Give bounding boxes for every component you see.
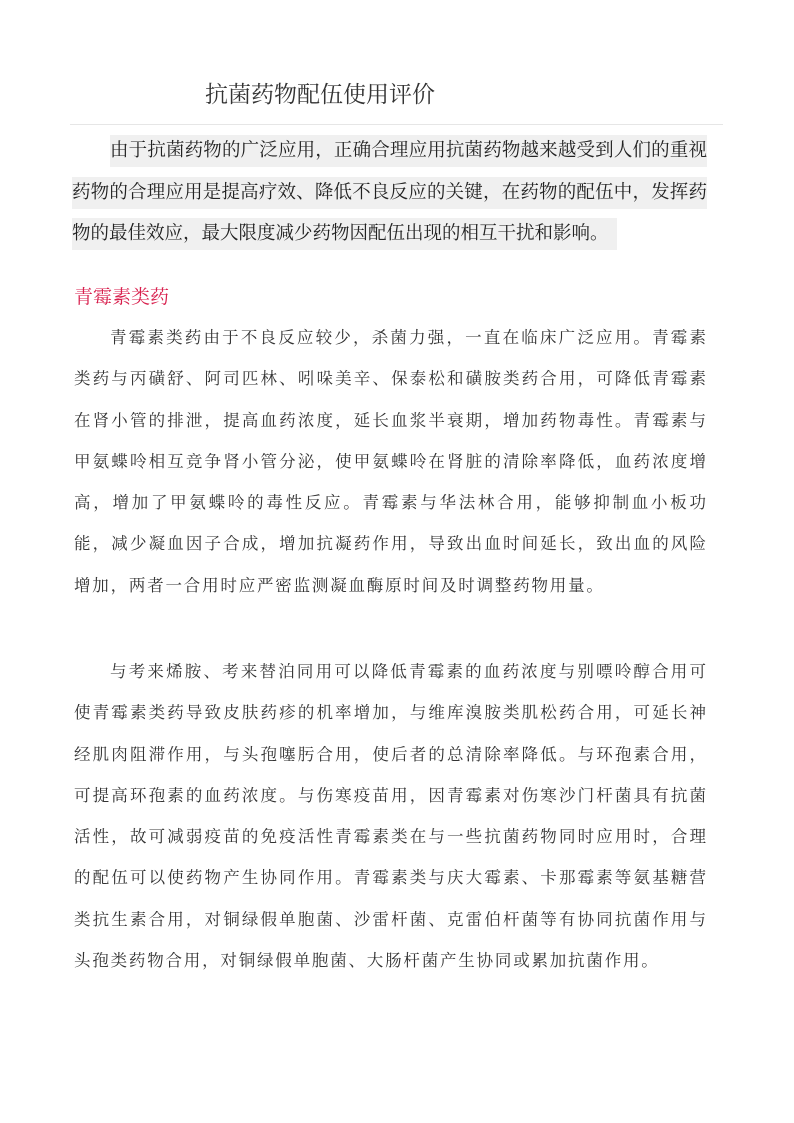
intro-line: 药物的合理应用是提高疗效、降低不良反应的关键，在药物的配伍中，发挥药 [72,177,707,209]
paragraph-line: 在肾小管的排泄，提高血药浓度，延长血浆半衰期，增加药物毒性。青霉素与 [74,400,706,441]
section-heading-penicillin: 青霉素类药 [74,286,169,308]
document-page: 抗菌药物配伍使用评价 由于抗菌药物的广泛应用，正确合理应用抗菌药物越来越受到人们… [0,0,794,1123]
paragraph-line: 增加，两者一合用时应严密监测凝血酶原时间及时调整药物用量。 [74,565,706,606]
paragraph-line: 与考来烯胺、考来替泊同用可以降低青霉素的血药浓度与别嘌呤醇合用可 [74,651,706,692]
paragraph-line: 类抗生素合用，对铜绿假单胞菌、沙雷杆菌、克雷伯杆菌等有协同抗菌作用与 [74,899,706,940]
paragraph-line: 使青霉素类药导致皮肤药疹的机率增加，与维库溴胺类肌松药合用，可延长神 [74,692,706,733]
paragraph-line: 甲氨蝶呤相互竞争肾小管分泌，使甲氨蝶呤在肾脏的清除率降低，血药浓度增 [74,441,706,482]
paragraph-line: 青霉素类药由于不良反应较少，杀菌力强，一直在临床广泛应用。青霉素 [74,317,706,358]
paragraph-line: 可提高环孢素的血药浓度。与伤寒疫苗用，因青霉素对伤寒沙门杆菌具有抗菌 [74,775,706,816]
paragraph-line: 能，减少凝血因子合成，增加抗凝药作用，导致出血时间延长，致出血的风险 [74,523,706,564]
paragraph-line: 经肌肉阻滞作用，与头孢噻肟合用，使后者的总清除率降低。与环孢素合用， [74,734,706,775]
paragraph-line: 类药与丙磺舒、阿司匹林、吲哚美辛、保泰松和磺胺类药合用，可降低青霉素 [74,358,706,399]
intro-line: 物的最佳效应，最大限度减少药物因配伍出现的相互干扰和影响。 [72,218,617,250]
title-divider [70,124,723,125]
paragraph-line: 头孢类药物合用，对铜绿假单胞菌、大肠杆菌产生协同或累加抗菌作用。 [74,940,706,981]
body-paragraph: 青霉素类药由于不良反应较少，杀菌力强，一直在临床广泛应用。青霉素 类药与丙磺舒、… [74,317,706,606]
body-paragraph: 与考来烯胺、考来替泊同用可以降低青霉素的血药浓度与别嘌呤醇合用可 使青霉素类药导… [74,651,706,981]
paragraph-line: 的配伍可以使药物产生协同作用。青霉素类与庆大霉素、卡那霉素等氨基糖营 [74,857,706,898]
paragraph-line: 活性，故可减弱疫苗的免疫活性青霉素类在与一些抗菌药物同时应用时，合理 [74,816,706,857]
intro-line: 由于抗菌药物的广泛应用，正确合理应用抗菌药物越来越受到人们的重视 [110,135,707,167]
paragraph-line: 高，增加了甲氨蝶呤的毒性反应。青霉素与华法林合用，能够抑制血小板功 [74,482,706,523]
document-title: 抗菌药物配伍使用评价 [205,80,435,110]
